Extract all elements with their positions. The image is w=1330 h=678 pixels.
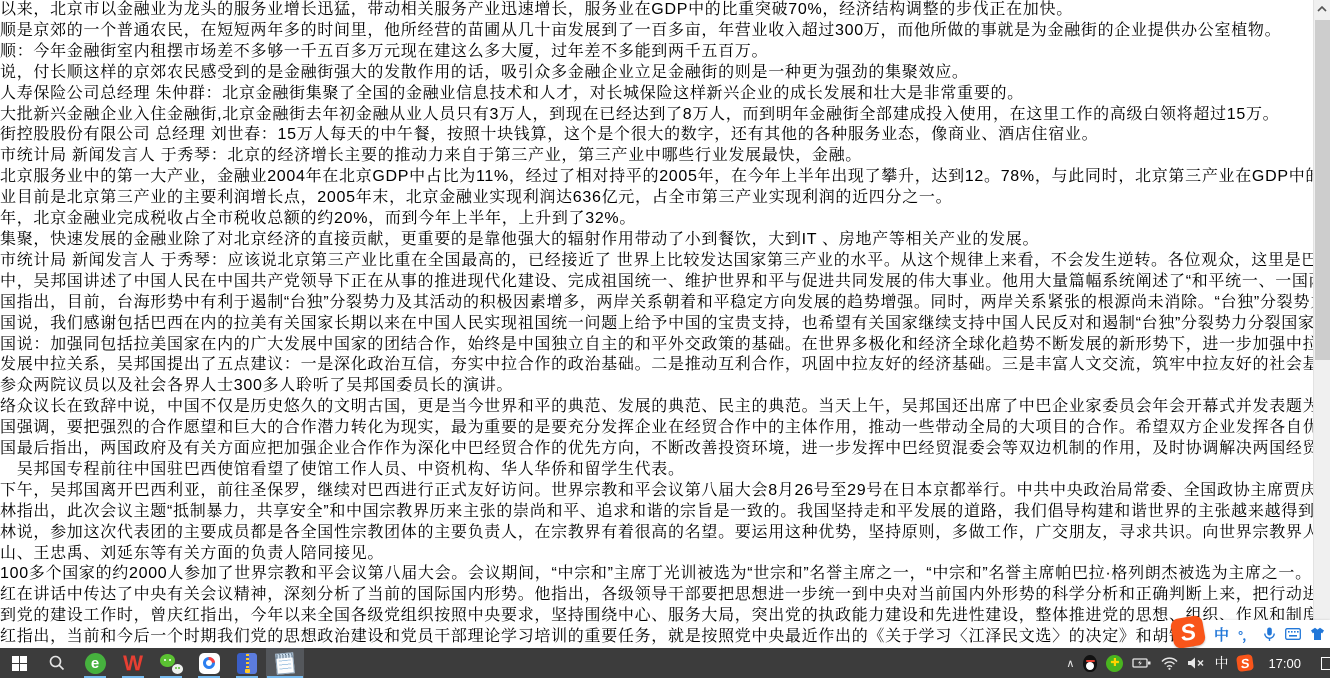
shield-360-icon: ✚ (1106, 655, 1123, 672)
text-line: 国强调，要把强烈的合作愿望和巨大的合作潜力转化为现实，最为重要的是要充分发挥企业… (0, 418, 1313, 439)
text-line: 市统计局 新闻发言人 于秀琴：北京的经济增长主要的推动力来自于第三产业，第三产业… (0, 146, 1313, 167)
text-line: 红指出，当前和今后一个时期我们党的思想政治建设和党员干部理论学习培训的重要任务，… (0, 627, 1313, 648)
sogou-s-icon: S (1236, 654, 1254, 672)
taskbar-app-wechat[interactable] (152, 648, 190, 678)
wifi-icon (1161, 657, 1178, 670)
text-line: 顺：今年金融街室内租摆市场差不多够一千五百多万元现在建这么多大厦，过年差不多能到… (0, 42, 1313, 63)
archive-tool-icon (237, 653, 257, 674)
text-line: 顺是京郊的一个普通农民，在短短两年多的时间里，他所经营的苗圃从几十亩发展到了一百… (0, 21, 1313, 42)
windows-logo-icon (12, 656, 27, 671)
chevron-up-icon (1317, 6, 1327, 12)
text-line: 大批新兴金融企业入住金融街,北京金融街去年初金融从业人员只有3万人，到现在已经达… (0, 105, 1313, 126)
text-line: 街控股股份有限公司 总经理 刘世春：15万人每天的中午餐，按照十块钱算，这个是个… (0, 125, 1313, 146)
sogou-logo-icon[interactable]: S (1170, 614, 1207, 649)
scrollbar-thumb[interactable] (1315, 20, 1330, 360)
text-line: 年，北京金融业完成税收占全市税收总额的约20%，而到今年上半年，上升到了32%。 (0, 209, 1313, 230)
wifi-tray-icon[interactable] (1161, 648, 1178, 678)
text-line: 国最后指出，两国政府及有关方面应把加强企业合作作为深化中巴经贸合作的优先方向，不… (0, 439, 1313, 460)
tray-hidden-icons-chevron[interactable]: ∧ (1066, 648, 1074, 678)
text-line: 林说，参加这次代表团的主要成员都是各全国性宗教团体的主要负责人，在宗教界有着很高… (0, 523, 1313, 544)
browser-e-icon: e (85, 653, 106, 674)
wps-office-icon: W (123, 653, 143, 674)
text-line: 吴邦国专程前往中国驻巴西使馆看望了使馆工作人员、中资机构、华人华侨和留学生代表。 (0, 460, 1313, 481)
document-lines: 以来，北京市以金融业为龙头的服务业增长迅猛，带动相关服务产业迅速增长，服务业在G… (0, 0, 1313, 648)
text-line: 到党的建设工作时，曾庆红指出，今年以来全国各级党组织按照中央要求，坚持围绕中心、… (0, 606, 1313, 627)
text-line: 林指出，此次会议主题“抵制暴力，共享安全”和中国宗教界历来主张的崇尚和平、追求和… (0, 502, 1313, 523)
text-line: 北京服务业中的第一大产业，金融业2004年在北京GDP中占比为11%，经过了相对… (0, 167, 1313, 188)
text-line: 说，付长顺这样的京郊农民感受到的是金融街强大的发散作用的话，吸引众多金融企业立足… (0, 63, 1313, 84)
taskbar-app-notepad[interactable] (266, 648, 304, 678)
desktop: { "document": { "lines": [ "以来，北京市以金融业为龙… (0, 0, 1330, 678)
text-line: 络众议长在致辞中说，中国不仅是历史悠久的文明古国，更是当今世界和平的典范、发展的… (0, 397, 1313, 418)
text-line: 人寿保险公司总经理 朱仲群：北京金融街集聚了全国的金融业信息技术和人才，对长城保… (0, 84, 1313, 105)
action-center-button[interactable] (1316, 648, 1330, 678)
text-line: 下午，吴邦国离开巴西利亚，前往圣保罗，继续对巴西进行正式友好访问。世界宗教和平会… (0, 481, 1313, 502)
baidu-netdisk-icon (199, 653, 220, 674)
battery-icon (1132, 656, 1152, 670)
text-line: 国说，我们感谢包括巴西在内的拉美有关国家长期以来在中国人民实现祖国统一问题上给予… (0, 314, 1313, 335)
taskbar: e W ∧ ✚ (0, 648, 1330, 678)
vertical-scrollbar[interactable] (1313, 0, 1330, 648)
text-line: 红在讲话中传达了中央有关会议精神，深刻分析了当前的国际国内形势。他指出，各级领导… (0, 585, 1313, 606)
text-line: 国说：加强同包括拉美国家在内的广大发展中国家的团结合作，始终是中国独立自主的和平… (0, 335, 1313, 356)
notepad-icon (275, 652, 295, 674)
input-language-indicator[interactable]: 中 (1214, 648, 1228, 678)
qq-tray-icon[interactable] (1083, 648, 1097, 678)
action-center-icon (1321, 657, 1330, 670)
punctuation-mode-icon[interactable]: °， (1238, 625, 1254, 644)
taskbar-app-baidu-netdisk[interactable] (190, 648, 228, 678)
sogou-tray-icon[interactable]: S (1237, 648, 1253, 678)
text-line: 发展中拉关系，吴邦国提出了五点建议：一是深化政治互信，夯实中拉合作的政治基础。二… (0, 355, 1313, 376)
antivirus-360-tray-icon[interactable]: ✚ (1106, 648, 1123, 678)
text-line: 中，吴邦国讲述了中国人民在中国共产党领导下正在从事的推进现代化建设、完成祖国统一… (0, 272, 1313, 293)
soft-keyboard-icon[interactable] (1285, 628, 1301, 640)
text-line: 集聚，快速发展的金融业除了对北京经济的直接贡献，更重要的是靠他强大的辐射作用带动… (0, 230, 1313, 251)
text-line: 业目前是北京第三产业的主要利润增长点，2005年末，北京金融业实现利润达636亿… (0, 188, 1313, 209)
text-line: 市统计局 新闻发言人 于秀琴：应该说北京第三产业比重在全国最高的，已经接近了 世… (0, 251, 1313, 272)
system-tray: ∧ ✚ (1066, 648, 1330, 678)
taskbar-app-archive[interactable] (228, 648, 266, 678)
notepad-text-area[interactable]: 以来，北京市以金融业为龙头的服务业增长迅猛，带动相关服务产业迅速增长，服务业在G… (0, 0, 1313, 648)
text-line: 以来，北京市以金融业为龙头的服务业增长迅猛，带动相关服务产业迅速增长，服务业在G… (0, 0, 1313, 21)
text-line: 山、王忠禹、刘延东等有关方面的负责人陪同接见。 (0, 544, 1313, 565)
volume-muted-tray-icon[interactable] (1187, 648, 1205, 678)
taskbar-app-wps[interactable]: W (114, 648, 152, 678)
taskbar-app-browser[interactable]: e (76, 648, 114, 678)
sogou-ime-bar[interactable]: S 中 °， (1186, 620, 1330, 648)
speaker-muted-icon (1187, 656, 1205, 670)
search-icon (48, 654, 66, 672)
wechat-icon (160, 653, 183, 674)
battery-tray-icon[interactable] (1132, 648, 1152, 678)
taskbar-clock[interactable]: 17:00 (1262, 648, 1307, 678)
qq-penguin-icon (1083, 655, 1097, 672)
start-button[interactable] (0, 648, 38, 678)
chinese-mode-icon[interactable]: 中 (1214, 624, 1229, 645)
text-line: 国指出，目前，台海形势中有利于遏制“台独”分裂势力及其活动的积极因素增多，两岸关… (0, 293, 1313, 314)
search-button[interactable] (38, 648, 76, 678)
microphone-icon[interactable] (1263, 627, 1276, 642)
skin-icon[interactable] (1310, 627, 1325, 641)
text-line: 参众两院议员以及社会各界人士300多人聆听了吴邦国委员长的演讲。 (0, 376, 1313, 397)
text-line: 100多个国家的约2000人参加了世界宗教和平会议第八届大会。会议期间，“中宗和… (0, 564, 1313, 585)
scrollbar-up-arrow[interactable] (1314, 0, 1330, 18)
